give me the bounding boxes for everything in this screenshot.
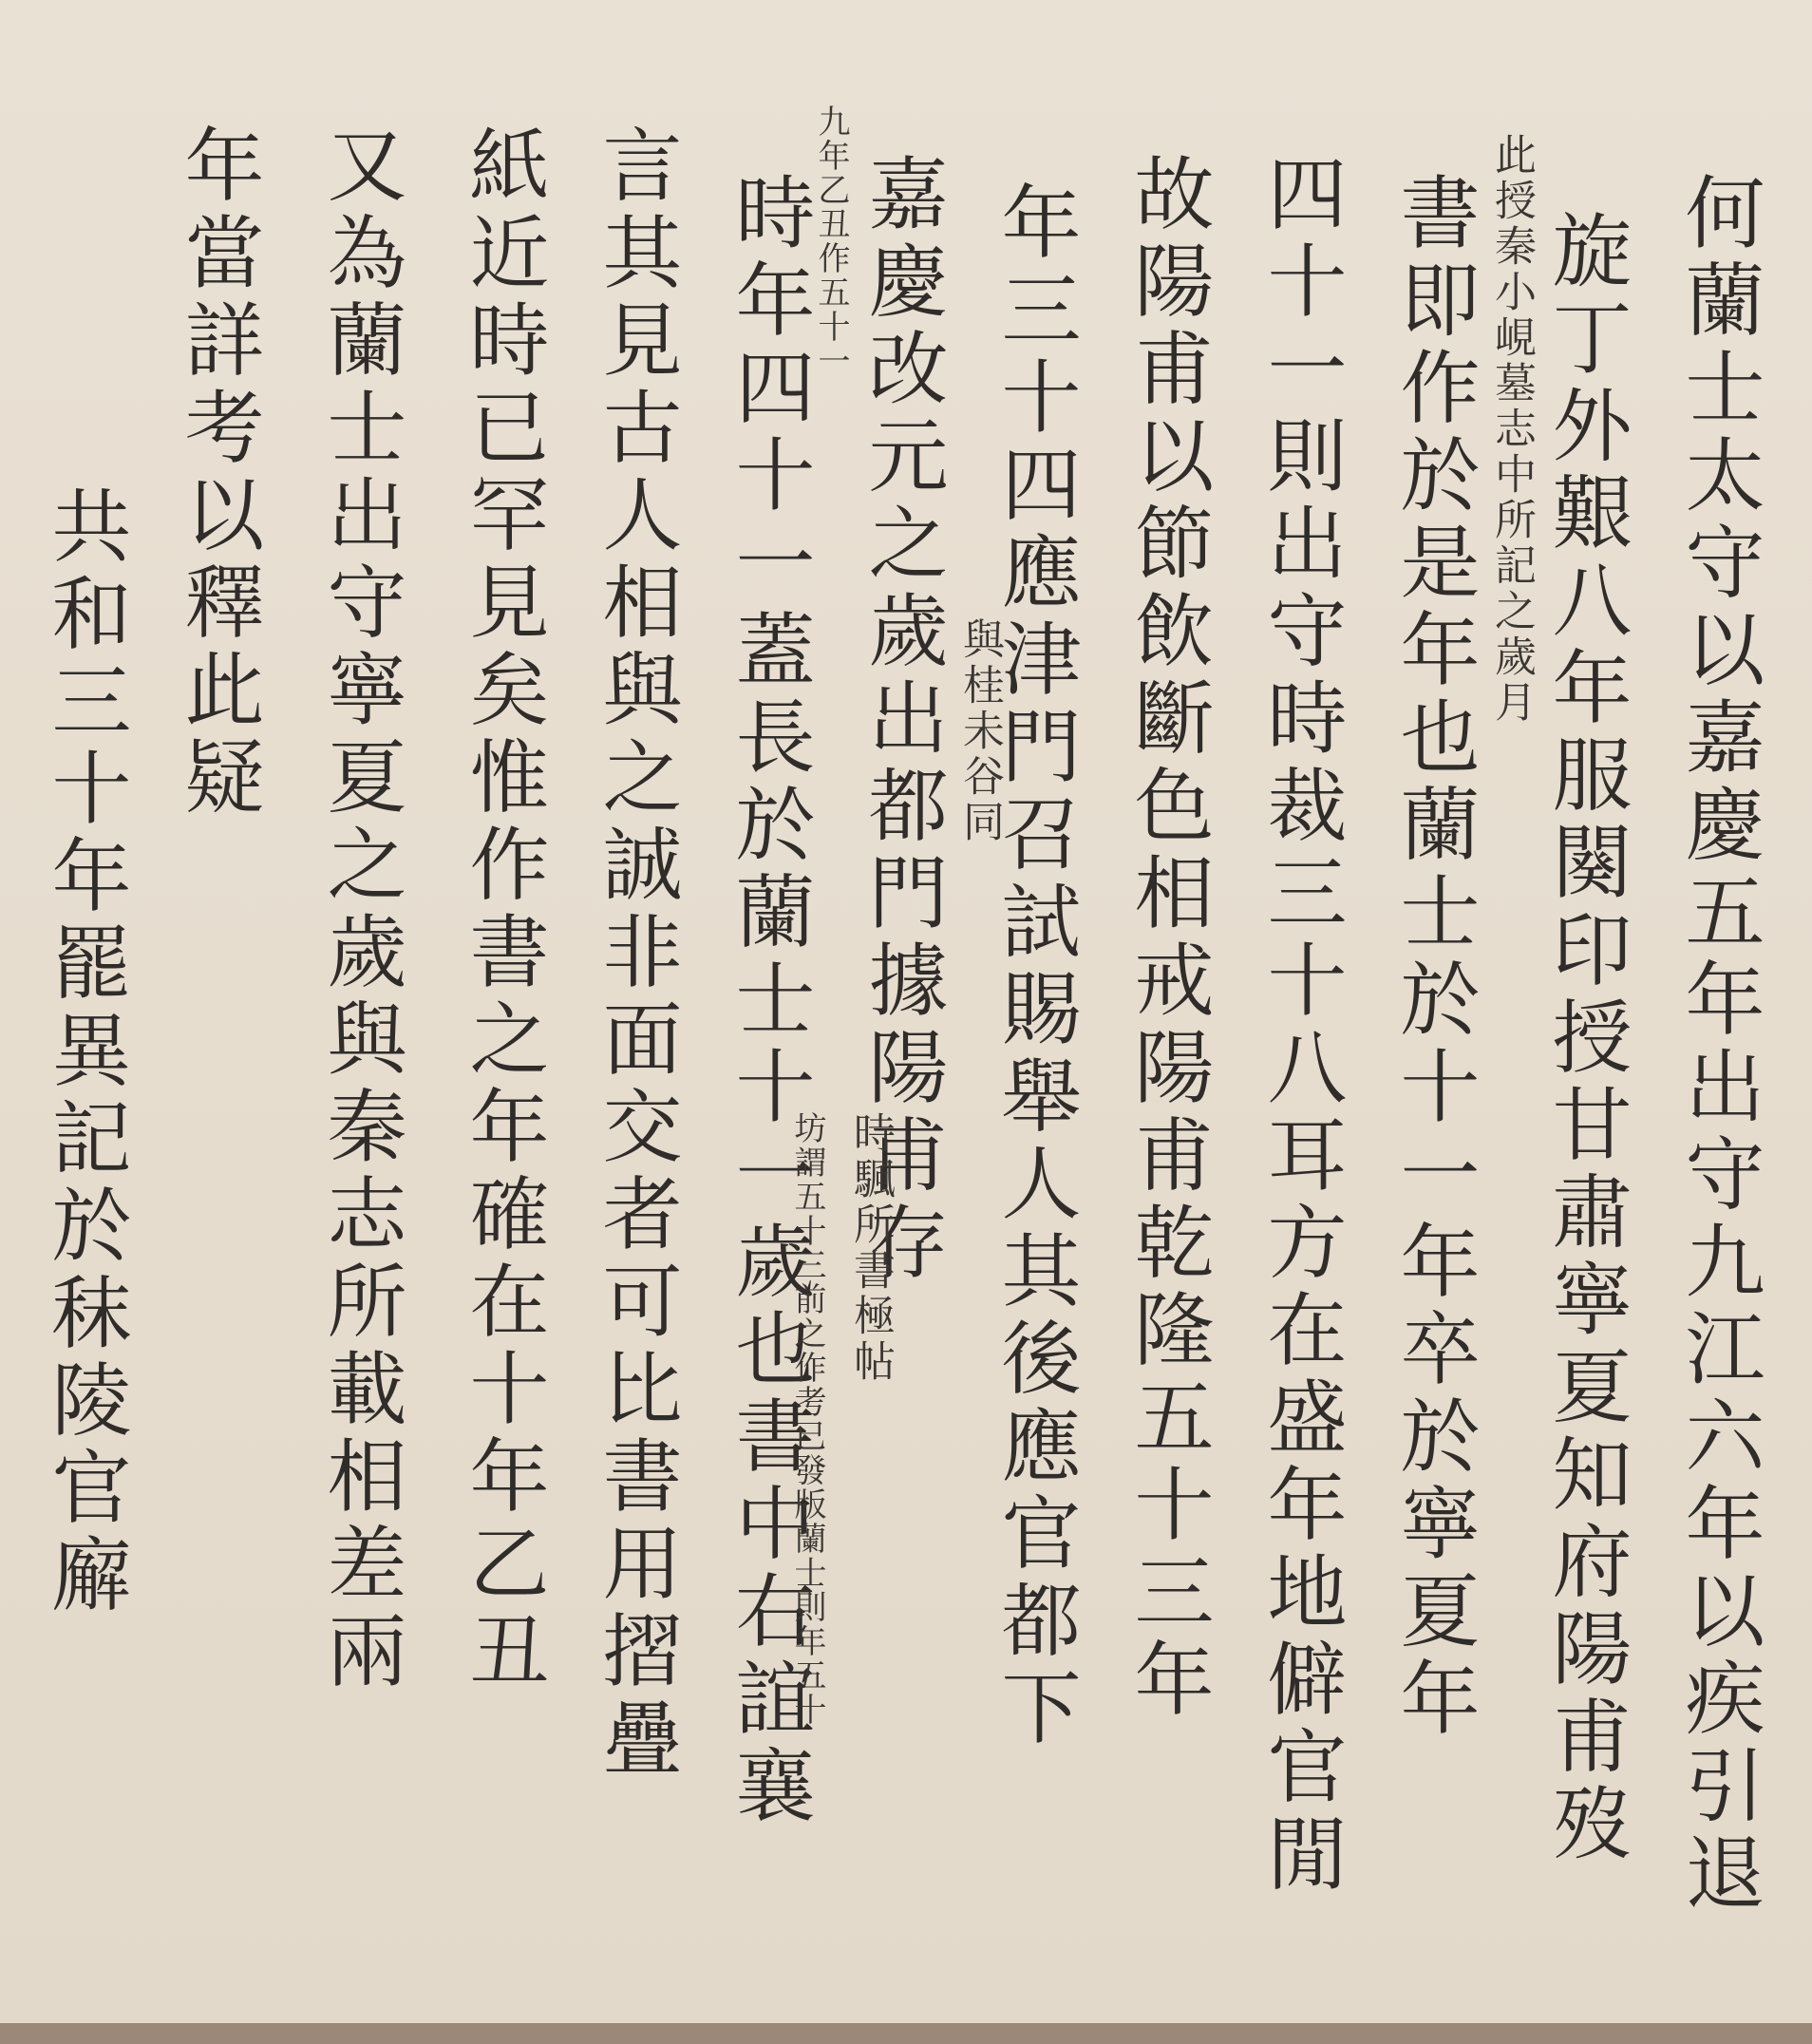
annotation-edition-note: 坊謂五十三前之作考已發版蘭士則年五十 <box>788 1111 826 1727</box>
signature-column: 共和三十年罷異記於秣陵官廨 <box>38 484 133 1620</box>
annotation-qin-xiaoxian: 此授秦小峴墓志中所記之歲月 <box>1486 133 1536 726</box>
text-column-12: 年當詳考以釋此疑 <box>171 123 266 823</box>
text-column-2: 旋丁外艱八年服闋印授甘肅寧夏知府陽甫歿 <box>1538 209 1633 1869</box>
annotation-gui-weigu: 與桂未谷同 <box>954 617 1004 845</box>
text-column-1: 何蘭士太守以嘉慶五年出守九江六年以疾引退 <box>1671 171 1766 1919</box>
text-column-9: 言其見古人相與之誠非面交者可比書用摺疊 <box>589 123 684 1784</box>
text-column-6: 年三十四應津門召試賜舉人其後應官都下 <box>988 180 1083 1753</box>
annotation-shifan: 時颿所書極帖 <box>845 1111 895 1385</box>
text-column-4: 四十一則出守時裁三十八耳方在盛年地僻官閒 <box>1254 152 1349 1900</box>
text-column-10: 紙近時已罕見矣惟作書之年確在十年乙丑 <box>456 123 551 1696</box>
annotation-year-note: 九年乙丑作五十一 <box>812 104 850 378</box>
mount-border <box>0 2023 1812 2044</box>
text-column-5: 故陽甫以節飲斷色相戒陽甫乾隆五十三年 <box>1121 152 1216 1725</box>
text-column-3: 書即作於是年也蘭士於十一年卒於寧夏年 <box>1387 171 1482 1744</box>
text-column-11: 又為蘭士出守寧夏之歲與秦志所載相差兩 <box>313 123 408 1696</box>
